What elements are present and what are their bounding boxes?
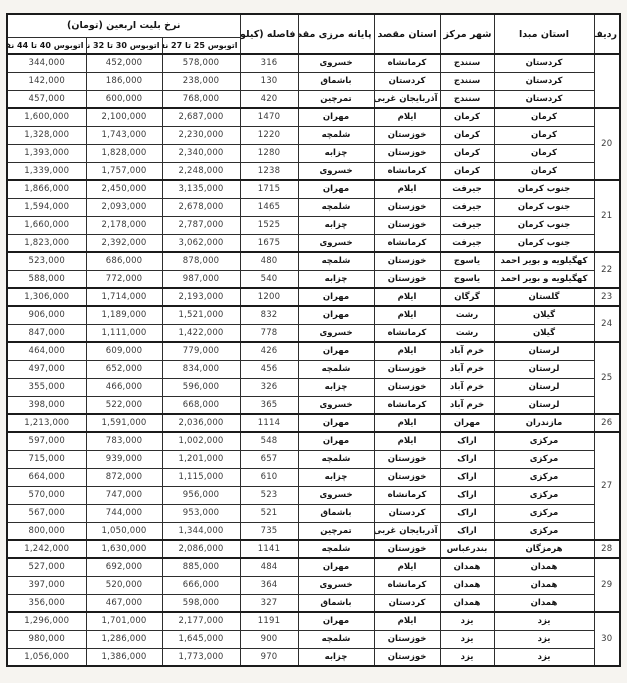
border-terminal-cell: مهران	[298, 108, 374, 126]
center-city-cell: یزد	[440, 630, 494, 648]
border-terminal-cell: مهران	[298, 612, 374, 630]
row-number-cell: 28	[594, 540, 620, 558]
origin-province-cell: کرمان	[494, 126, 594, 144]
fare-30-32-cell: 1,286,000	[86, 630, 162, 648]
fare-40-44-cell: 715,000	[7, 450, 86, 468]
fare-25-27-cell: 779,000	[162, 342, 240, 360]
dest-province-cell: کرمانشاه	[374, 162, 440, 180]
fare-40-44-cell: 464,000	[7, 342, 86, 360]
origin-province-cell: گیلان	[494, 306, 594, 324]
dest-province-cell: ایلام	[374, 108, 440, 126]
fare-25-27-cell: 2,230,000	[162, 126, 240, 144]
fare-40-44-cell: 356,000	[7, 594, 86, 612]
table-row: 21جنوب کرمانجیرفتایلاممهران17153,135,000…	[7, 180, 620, 198]
distance-cell: 1715	[240, 180, 298, 198]
dest-province-cell: آذربایجان غربی	[374, 522, 440, 540]
fare-40-44-cell: 1,866,000	[7, 180, 86, 198]
header-bus-30-32: اتوبوس 30 تا 32 نفره	[86, 37, 162, 54]
table-row: مرکزیاراککردستانباشماق521953,000744,0005…	[7, 504, 620, 522]
table-row: همدانهمدانکرمانشاهخسروی364666,000520,000…	[7, 576, 620, 594]
table-row: مرکزیاراکخوزستانشلمچه6571,201,000939,000…	[7, 450, 620, 468]
distance-cell: 548	[240, 432, 298, 450]
row-number-cell: 22	[594, 252, 620, 288]
center-city-cell: خرم آباد	[440, 378, 494, 396]
dest-province-cell: کرمانشاه	[374, 396, 440, 414]
border-terminal-cell: خسروی	[298, 324, 374, 342]
center-city-cell: کرمان	[440, 144, 494, 162]
distance-cell: 326	[240, 378, 298, 396]
dest-province-cell: خوزستان	[374, 144, 440, 162]
origin-province-cell: لرستان	[494, 378, 594, 396]
fare-25-27-cell: 1,422,000	[162, 324, 240, 342]
fare-40-44-cell: 523,000	[7, 252, 86, 270]
fare-40-44-cell: 1,296,000	[7, 612, 86, 630]
fare-40-44-cell: 567,000	[7, 504, 86, 522]
header-row-no: ردیف	[594, 14, 620, 54]
table-header: ردیف استان مبدا شهر مرکز استان استان مقص…	[7, 14, 620, 54]
fare-30-32-cell: 1,828,000	[86, 144, 162, 162]
row-number-cell: 27	[594, 432, 620, 540]
border-terminal-cell: شلمچه	[298, 198, 374, 216]
fare-30-32-cell: 2,100,000	[86, 108, 162, 126]
fare-30-32-cell: 772,000	[86, 270, 162, 288]
row-number-cell: 25	[594, 342, 620, 414]
fare-40-44-cell: 527,000	[7, 558, 86, 576]
center-city-cell: جیرفت	[440, 180, 494, 198]
distance-cell: 657	[240, 450, 298, 468]
border-terminal-cell: مهران	[298, 558, 374, 576]
center-city-cell: گرگان	[440, 288, 494, 306]
fare-25-27-cell: 666,000	[162, 576, 240, 594]
distance-cell: 420	[240, 90, 298, 108]
row-number-cell: 23	[594, 288, 620, 306]
origin-province-cell: گلستان	[494, 288, 594, 306]
center-city-cell: جیرفت	[440, 216, 494, 234]
document-sheet: ردیف استان مبدا شهر مرکز استان استان مقص…	[0, 0, 627, 667]
fare-25-27-cell: 596,000	[162, 378, 240, 396]
center-city-cell: جیرفت	[440, 234, 494, 252]
fare-25-27-cell: 598,000	[162, 594, 240, 612]
row-number-cell: 30	[594, 612, 620, 666]
dest-province-cell: خوزستان	[374, 648, 440, 666]
distance-cell: 456	[240, 360, 298, 378]
border-terminal-cell: خسروی	[298, 162, 374, 180]
dest-province-cell: خوزستان	[374, 126, 440, 144]
fare-30-32-cell: 1,757,000	[86, 162, 162, 180]
dest-province-cell: آذربایجان غربی	[374, 90, 440, 108]
distance-cell: 484	[240, 558, 298, 576]
origin-province-cell: هرمزگان	[494, 540, 594, 558]
origin-province-cell: یزد	[494, 612, 594, 630]
origin-province-cell: کردستان	[494, 72, 594, 90]
origin-province-cell: مرکزی	[494, 450, 594, 468]
distance-cell: 1280	[240, 144, 298, 162]
dest-province-cell: کرمانشاه	[374, 486, 440, 504]
fare-25-27-cell: 1,773,000	[162, 648, 240, 666]
border-terminal-cell: خسروی	[298, 54, 374, 72]
fare-25-27-cell: 2,193,000	[162, 288, 240, 306]
header-dest-province: استان مقصد	[374, 14, 440, 54]
center-city-cell: اراک	[440, 522, 494, 540]
fare-30-32-cell: 692,000	[86, 558, 162, 576]
dest-province-cell: خوزستان	[374, 378, 440, 396]
border-terminal-cell: شلمچه	[298, 630, 374, 648]
center-city-cell: خرم آباد	[440, 360, 494, 378]
table-row: 26مازندرانمهرانایلاممهران11142,036,0001,…	[7, 414, 620, 432]
fare-25-27-cell: 2,086,000	[162, 540, 240, 558]
distance-cell: 1191	[240, 612, 298, 630]
header-origin-province: استان مبدا	[494, 14, 594, 54]
header-fare-group: نرخ بلیت اربعین (تومان)	[7, 14, 240, 37]
fare-25-27-cell: 834,000	[162, 360, 240, 378]
fare-30-32-cell: 747,000	[86, 486, 162, 504]
fare-25-27-cell: 2,248,000	[162, 162, 240, 180]
fare-25-27-cell: 2,177,000	[162, 612, 240, 630]
distance-cell: 610	[240, 468, 298, 486]
center-city-cell: کرمان	[440, 108, 494, 126]
fare-30-32-cell: 744,000	[86, 504, 162, 522]
fare-30-32-cell: 600,000	[86, 90, 162, 108]
fare-25-27-cell: 668,000	[162, 396, 240, 414]
fare-30-32-cell: 1,111,000	[86, 324, 162, 342]
table-row: 27مرکزیاراکایلاممهران5481,002,000783,000…	[7, 432, 620, 450]
fare-40-44-cell: 597,000	[7, 432, 86, 450]
center-city-cell: اراک	[440, 432, 494, 450]
fare-30-32-cell: 939,000	[86, 450, 162, 468]
fare-40-44-cell: 1,328,000	[7, 126, 86, 144]
fare-40-44-cell: 1,594,000	[7, 198, 86, 216]
distance-cell: 832	[240, 306, 298, 324]
table-row: کرمانکرمانکرمانشاهخسروی12382,248,0001,75…	[7, 162, 620, 180]
origin-province-cell: مرکزی	[494, 486, 594, 504]
table-row: 20کرمانکرمانایلاممهران14702,687,0002,100…	[7, 108, 620, 126]
border-terminal-cell: چزابه	[298, 648, 374, 666]
fare-30-32-cell: 520,000	[86, 576, 162, 594]
fare-40-44-cell: 570,000	[7, 486, 86, 504]
border-terminal-cell: شلمچه	[298, 126, 374, 144]
center-city-cell: همدان	[440, 594, 494, 612]
dest-province-cell: ایلام	[374, 288, 440, 306]
border-terminal-cell: خسروی	[298, 234, 374, 252]
header-center-city: شهر مرکز استان	[440, 14, 494, 54]
row-number-cell: 29	[594, 558, 620, 612]
fare-25-27-cell: 2,687,000	[162, 108, 240, 126]
table-row: کردستانسنندجآذربایجان غربیتمرچین420768,0…	[7, 90, 620, 108]
fare-25-27-cell: 578,000	[162, 54, 240, 72]
origin-province-cell: گیلان	[494, 324, 594, 342]
center-city-cell: کرمان	[440, 162, 494, 180]
origin-province-cell: کرمان	[494, 144, 594, 162]
border-terminal-cell: باشماق	[298, 594, 374, 612]
border-terminal-cell: شلمچه	[298, 450, 374, 468]
row-number-cell: 24	[594, 306, 620, 342]
row-number-cell: 26	[594, 414, 620, 432]
table-row: 23گلستانگرگانایلاممهران12002,193,0001,71…	[7, 288, 620, 306]
fare-25-27-cell: 953,000	[162, 504, 240, 522]
table-row: جنوب کرمانجیرفتخوزستانچزابه15252,787,000…	[7, 216, 620, 234]
table-row: 24گیلانرشتایلاممهران8321,521,0001,189,00…	[7, 306, 620, 324]
fare-25-27-cell: 987,000	[162, 270, 240, 288]
row-number-cell: 20	[594, 108, 620, 180]
border-terminal-cell: مهران	[298, 306, 374, 324]
distance-cell: 1220	[240, 126, 298, 144]
border-terminal-cell: شلمچه	[298, 540, 374, 558]
origin-province-cell: همدان	[494, 558, 594, 576]
center-city-cell: همدان	[440, 558, 494, 576]
dest-province-cell: ایلام	[374, 612, 440, 630]
distance-cell: 130	[240, 72, 298, 90]
table-row: مرکزیاراککرمانشاهخسروی523956,000747,0005…	[7, 486, 620, 504]
table-row: جنوب کرمانجیرفتخوزستانشلمچه14652,678,000…	[7, 198, 620, 216]
fare-40-44-cell: 1,213,000	[7, 414, 86, 432]
row-number-cell	[594, 54, 620, 108]
fare-30-32-cell: 1,050,000	[86, 522, 162, 540]
fare-25-27-cell: 1,002,000	[162, 432, 240, 450]
fare-40-44-cell: 1,600,000	[7, 108, 86, 126]
dest-province-cell: خوزستان	[374, 252, 440, 270]
dest-province-cell: خوزستان	[374, 198, 440, 216]
table-row: مرکزیاراکخوزستانچزابه6101,115,000872,000…	[7, 468, 620, 486]
fare-25-27-cell: 3,135,000	[162, 180, 240, 198]
header-border-terminal: پایانه مرزی مقصد	[298, 14, 374, 54]
dest-province-cell: ایلام	[374, 558, 440, 576]
fare-30-32-cell: 186,000	[86, 72, 162, 90]
fare-40-44-cell: 142,000	[7, 72, 86, 90]
fare-40-44-cell: 457,000	[7, 90, 86, 108]
fare-40-44-cell: 397,000	[7, 576, 86, 594]
dest-province-cell: کردستان	[374, 504, 440, 522]
origin-province-cell: کردستان	[494, 90, 594, 108]
fare-25-27-cell: 2,340,000	[162, 144, 240, 162]
header-bus-40-44: اتوبوس 40 تا 44 نفره	[7, 37, 86, 54]
dest-province-cell: کرمانشاه	[374, 54, 440, 72]
border-terminal-cell: خسروی	[298, 486, 374, 504]
distance-cell: 523	[240, 486, 298, 504]
fare-40-44-cell: 906,000	[7, 306, 86, 324]
arbaeen-fare-table: ردیف استان مبدا شهر مرکز استان استان مقص…	[6, 13, 621, 667]
table-row: 25لرستانخرم آبادایلاممهران426779,000609,…	[7, 342, 620, 360]
fare-30-32-cell: 467,000	[86, 594, 162, 612]
table-row: همدانهمدانکردستانباشماق327598,000467,000…	[7, 594, 620, 612]
origin-province-cell: لرستان	[494, 396, 594, 414]
center-city-cell: رشت	[440, 306, 494, 324]
fare-25-27-cell: 2,036,000	[162, 414, 240, 432]
center-city-cell: سنندج	[440, 54, 494, 72]
border-terminal-cell: خسروی	[298, 576, 374, 594]
distance-cell: 1238	[240, 162, 298, 180]
fare-25-27-cell: 2,678,000	[162, 198, 240, 216]
row-number-cell: 21	[594, 180, 620, 252]
fare-40-44-cell: 1,393,000	[7, 144, 86, 162]
header-bus-25-27: اتوبوس 25 تا 27 نفره	[162, 37, 240, 54]
origin-province-cell: کرمان	[494, 162, 594, 180]
fare-25-27-cell: 238,000	[162, 72, 240, 90]
center-city-cell: بندرعباس	[440, 540, 494, 558]
origin-province-cell: مرکزی	[494, 522, 594, 540]
border-terminal-cell: تمرچین	[298, 522, 374, 540]
fare-30-32-cell: 522,000	[86, 396, 162, 414]
origin-province-cell: جنوب کرمان	[494, 234, 594, 252]
origin-province-cell: مرکزی	[494, 468, 594, 486]
fare-25-27-cell: 956,000	[162, 486, 240, 504]
table-row: کرمانکرمانخوزستانچزابه12802,340,0001,828…	[7, 144, 620, 162]
fare-40-44-cell: 800,000	[7, 522, 86, 540]
fare-25-27-cell: 2,787,000	[162, 216, 240, 234]
border-terminal-cell: مهران	[298, 432, 374, 450]
center-city-cell: خرم آباد	[440, 396, 494, 414]
border-terminal-cell: باشماق	[298, 72, 374, 90]
table-row: جنوب کرمانجیرفتکرمانشاهخسروی16753,062,00…	[7, 234, 620, 252]
dest-province-cell: خوزستان	[374, 630, 440, 648]
fare-30-32-cell: 2,392,000	[86, 234, 162, 252]
origin-province-cell: یزد	[494, 630, 594, 648]
distance-cell: 1465	[240, 198, 298, 216]
origin-province-cell: مرکزی	[494, 504, 594, 522]
distance-cell: 521	[240, 504, 298, 522]
table-row: کردستانسنندجکرمانشاهخسروی316578,000452,0…	[7, 54, 620, 72]
fare-table-body: کردستانسنندجکرمانشاهخسروی316578,000452,0…	[7, 54, 620, 666]
origin-province-cell: جنوب کرمان	[494, 216, 594, 234]
border-terminal-cell: چزابه	[298, 270, 374, 288]
dest-province-cell: خوزستان	[374, 450, 440, 468]
fare-40-44-cell: 1,242,000	[7, 540, 86, 558]
fare-25-27-cell: 3,062,000	[162, 234, 240, 252]
distance-cell: 1525	[240, 216, 298, 234]
dest-province-cell: کردستان	[374, 72, 440, 90]
fare-25-27-cell: 1,115,000	[162, 468, 240, 486]
fare-30-32-cell: 609,000	[86, 342, 162, 360]
origin-province-cell: همدان	[494, 594, 594, 612]
origin-province-cell: کهگیلویه و بویر احمد	[494, 252, 594, 270]
origin-province-cell: کرمان	[494, 108, 594, 126]
fare-30-32-cell: 452,000	[86, 54, 162, 72]
distance-cell: 480	[240, 252, 298, 270]
origin-province-cell: همدان	[494, 576, 594, 594]
border-terminal-cell: چزابه	[298, 468, 374, 486]
fare-40-44-cell: 344,000	[7, 54, 86, 72]
fare-30-32-cell: 872,000	[86, 468, 162, 486]
border-terminal-cell: شلمچه	[298, 360, 374, 378]
center-city-cell: خرم آباد	[440, 342, 494, 360]
distance-cell: 316	[240, 54, 298, 72]
table-row: کرمانکرمانخوزستانشلمچه12202,230,0001,743…	[7, 126, 620, 144]
fare-40-44-cell: 1,056,000	[7, 648, 86, 666]
center-city-cell: رشت	[440, 324, 494, 342]
table-row: گیلانرشتکرمانشاهخسروی7781,422,0001,111,0…	[7, 324, 620, 342]
fare-30-32-cell: 466,000	[86, 378, 162, 396]
fare-30-32-cell: 2,093,000	[86, 198, 162, 216]
fare-30-32-cell: 652,000	[86, 360, 162, 378]
origin-province-cell: کردستان	[494, 54, 594, 72]
dest-province-cell: ایلام	[374, 432, 440, 450]
dest-province-cell: کرمانشاه	[374, 576, 440, 594]
table-row: 29همدانهمدانایلاممهران484885,000692,0005…	[7, 558, 620, 576]
dest-province-cell: خوزستان	[374, 216, 440, 234]
distance-cell: 1470	[240, 108, 298, 126]
fare-25-27-cell: 1,201,000	[162, 450, 240, 468]
center-city-cell: یاسوج	[440, 252, 494, 270]
fare-40-44-cell: 497,000	[7, 360, 86, 378]
center-city-cell: اراک	[440, 486, 494, 504]
fare-25-27-cell: 1,645,000	[162, 630, 240, 648]
table-row: کردستانسنندجکردستانباشماق130238,000186,0…	[7, 72, 620, 90]
table-row: 30یزدیزدایلاممهران11912,177,0001,701,000…	[7, 612, 620, 630]
table-row: 28هرمزگانبندرعباسخوزستانشلمچه11412,086,0…	[7, 540, 620, 558]
distance-cell: 327	[240, 594, 298, 612]
table-row: کهگیلویه و بویر احمدیاسوجخوزستانچزابه540…	[7, 270, 620, 288]
fare-40-44-cell: 398,000	[7, 396, 86, 414]
fare-30-32-cell: 1,701,000	[86, 612, 162, 630]
border-terminal-cell: چزابه	[298, 144, 374, 162]
center-city-cell: اراک	[440, 468, 494, 486]
fare-40-44-cell: 1,823,000	[7, 234, 86, 252]
origin-province-cell: مرکزی	[494, 432, 594, 450]
border-terminal-cell: تمرچین	[298, 90, 374, 108]
table-row: لرستانخرم آبادخوزستانچزابه326596,000466,…	[7, 378, 620, 396]
border-terminal-cell: باشماق	[298, 504, 374, 522]
table-row: 22کهگیلویه و بویر احمدیاسوجخوزستانشلمچه4…	[7, 252, 620, 270]
table-row: لرستانخرم آبادخوزستانشلمچه456834,000652,…	[7, 360, 620, 378]
fare-30-32-cell: 1,630,000	[86, 540, 162, 558]
center-city-cell: یزد	[440, 648, 494, 666]
fare-40-44-cell: 980,000	[7, 630, 86, 648]
distance-cell: 900	[240, 630, 298, 648]
distance-cell: 540	[240, 270, 298, 288]
fare-40-44-cell: 1,660,000	[7, 216, 86, 234]
fare-30-32-cell: 686,000	[86, 252, 162, 270]
fare-30-32-cell: 1,714,000	[86, 288, 162, 306]
fare-40-44-cell: 1,339,000	[7, 162, 86, 180]
table-row: لرستانخرم آبادکرمانشاهخسروی365668,000522…	[7, 396, 620, 414]
center-city-cell: کرمان	[440, 126, 494, 144]
origin-province-cell: مازندران	[494, 414, 594, 432]
fare-30-32-cell: 1,189,000	[86, 306, 162, 324]
dest-province-cell: ایلام	[374, 414, 440, 432]
header-distance: فاصله (کیلومتر)	[240, 14, 298, 54]
border-terminal-cell: چزابه	[298, 378, 374, 396]
dest-province-cell: خوزستان	[374, 540, 440, 558]
fare-30-32-cell: 2,178,000	[86, 216, 162, 234]
dest-province-cell: خوزستان	[374, 360, 440, 378]
fare-40-44-cell: 588,000	[7, 270, 86, 288]
distance-cell: 364	[240, 576, 298, 594]
origin-province-cell: لرستان	[494, 342, 594, 360]
border-terminal-cell: مهران	[298, 180, 374, 198]
fare-40-44-cell: 1,306,000	[7, 288, 86, 306]
table-row: یزدیزدخوزستانچزابه9701,773,0001,386,0001…	[7, 648, 620, 666]
distance-cell: 426	[240, 342, 298, 360]
fare-30-32-cell: 783,000	[86, 432, 162, 450]
center-city-cell: اراک	[440, 504, 494, 522]
origin-province-cell: لرستان	[494, 360, 594, 378]
dest-province-cell: کرمانشاه	[374, 324, 440, 342]
fare-40-44-cell: 847,000	[7, 324, 86, 342]
table-row: یزدیزدخوزستانشلمچه9001,645,0001,286,0009…	[7, 630, 620, 648]
origin-province-cell: جنوب کرمان	[494, 198, 594, 216]
border-terminal-cell: شلمچه	[298, 252, 374, 270]
distance-cell: 970	[240, 648, 298, 666]
dest-province-cell: ایلام	[374, 180, 440, 198]
dest-province-cell: کردستان	[374, 594, 440, 612]
fare-40-44-cell: 664,000	[7, 468, 86, 486]
distance-cell: 1675	[240, 234, 298, 252]
fare-25-27-cell: 1,521,000	[162, 306, 240, 324]
center-city-cell: یزد	[440, 612, 494, 630]
center-city-cell: مهران	[440, 414, 494, 432]
dest-province-cell: کرمانشاه	[374, 234, 440, 252]
center-city-cell: جیرفت	[440, 198, 494, 216]
border-terminal-cell: مهران	[298, 414, 374, 432]
